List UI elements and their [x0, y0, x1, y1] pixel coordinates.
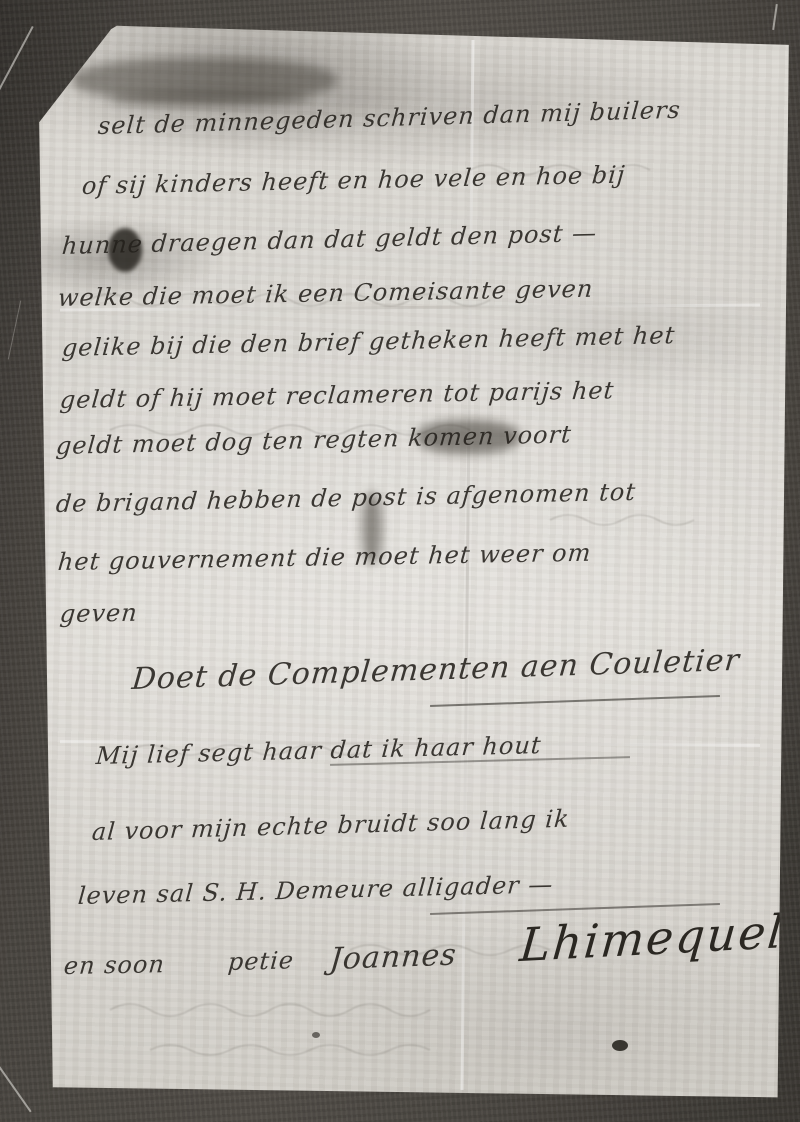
letter-line: het gouvernement die moet het weer om — [57, 539, 593, 576]
letter-line: leven sal S. H. Demeure alligader — — [77, 870, 555, 910]
closing-word: petie — [227, 946, 295, 976]
ink-speck — [612, 1040, 628, 1051]
letter-line: selt de minnegeden schriven dan mij buil… — [97, 96, 682, 140]
letter-line: de brigand hebben de post is afgenomen t… — [55, 478, 637, 518]
faded-scribble — [72, 58, 337, 102]
closing-name: Joannes — [328, 938, 458, 978]
letter-line: of sij kinders heeft en hoe vele en hoe … — [81, 161, 627, 200]
scratch-mark — [8, 301, 21, 360]
letter-line: al voor mijn echte bruidt soo lang ik — [91, 805, 571, 846]
ink-speck — [312, 1032, 320, 1038]
letter-paper: selt de minnegeden schriven dan mij buil… — [0, 0, 800, 1122]
letter-line: geven — [59, 599, 139, 628]
letter-line: gelike bij die den brief getheken heeft … — [61, 321, 677, 362]
letter-line: geldt of hij moet reclameren tot parijs … — [59, 376, 616, 414]
letter-line: welke die moet ik een Comeisante geven — [57, 275, 595, 312]
letter-line: geldt moet dog ten regten komen voort — [55, 420, 573, 460]
signature: Lhimequel — [518, 904, 787, 972]
scratch-mark — [0, 26, 34, 124]
faded-scribble — [110, 90, 310, 108]
letter-line: Doet de Complementen aen Couletier — [130, 643, 741, 697]
letter-line: Mij lief segt haar dat ik haar hout — [95, 731, 543, 770]
scratch-mark — [772, 4, 778, 30]
photograph-of-letter: selt de minnegeden schriven dan mij buil… — [0, 0, 800, 1122]
letter-line: hunne draegen dan dat geldt den post — — [61, 219, 598, 260]
scratch-mark — [0, 1038, 32, 1113]
pen-stroke — [430, 695, 720, 707]
closing-prefix: en soon — [63, 950, 166, 980]
